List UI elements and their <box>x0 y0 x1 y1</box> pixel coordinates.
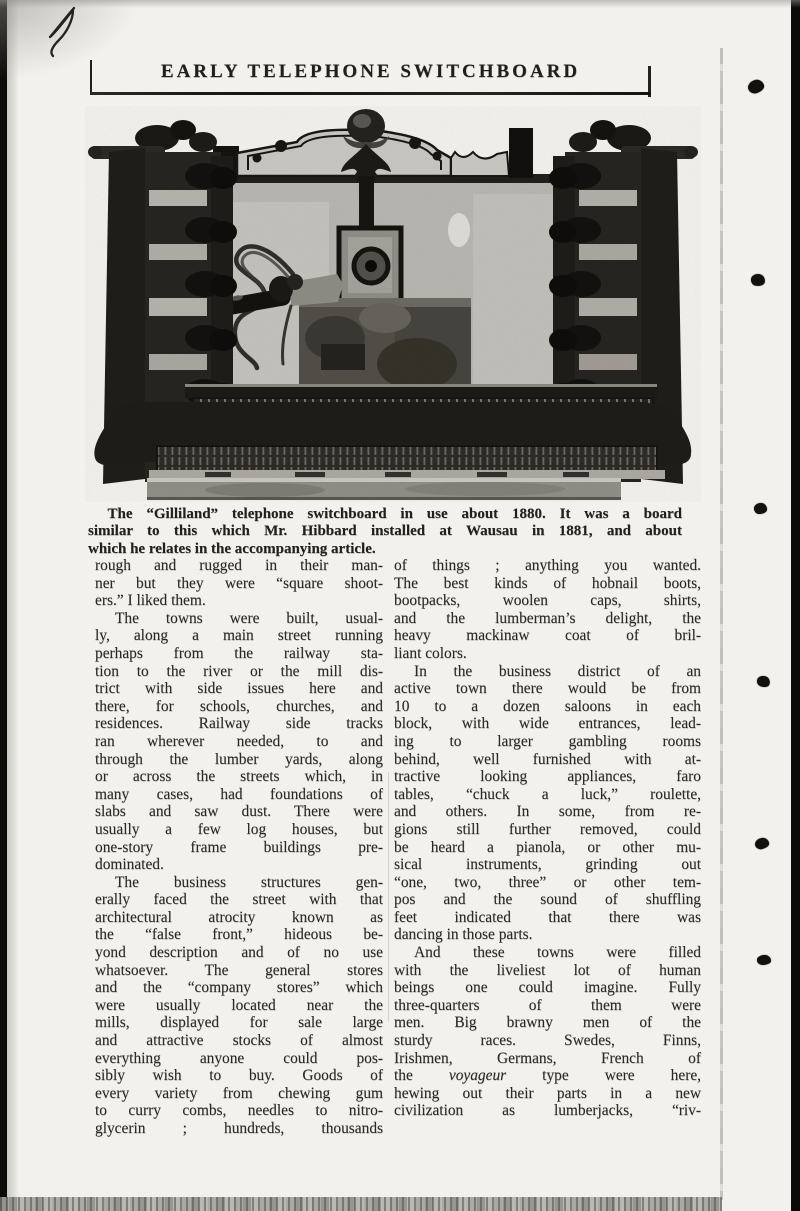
scan-shadow-left <box>7 0 19 1211</box>
text-line: and attractive stocks of almost <box>95 1032 383 1050</box>
text-line: every variety from chewing gum <box>95 1085 383 1103</box>
text-line: perhaps from the railway sta- <box>95 645 383 663</box>
text-line: there, for schools, churches, and <box>95 698 383 716</box>
text-line: pos and the sound of shuffling <box>394 891 701 909</box>
text-line: the voyageur type were here, <box>394 1067 701 1085</box>
scan-edge-right <box>791 0 800 1211</box>
scanned-page: { "page": { "kind": "scanned book page",… <box>0 0 800 1211</box>
text-line: tion to the river or the mill dis- <box>95 663 383 681</box>
text-column-right: of things ; anything you wanted.The best… <box>394 557 701 1138</box>
text-line: heavy mackinaw coat of bril- <box>394 627 701 645</box>
text-line: yond description and of no use <box>95 944 383 962</box>
text-line: behind, well furnished with at- <box>394 751 701 769</box>
masthead-rule <box>90 92 651 95</box>
ink-spot <box>756 674 772 689</box>
text-line: Irishmen, Germans, French of <box>394 1050 701 1068</box>
text-line: erally faced the street with that <box>95 891 383 909</box>
text-line: mills, displayed for sale large <box>95 1014 383 1032</box>
text-line: whatsoever. The general stores <box>95 962 383 980</box>
text-line: civilization as lumberjacks, “riv- <box>394 1102 701 1120</box>
text-line: “one, two, three” or other tem- <box>394 874 701 892</box>
text-line: through the lumber yards, along <box>95 751 383 769</box>
text-line: dancing in those parts. <box>394 926 701 944</box>
text-line: ran wherever needed, to and <box>95 733 383 751</box>
column-divider <box>388 772 389 1022</box>
scan-edge-left <box>0 0 7 1211</box>
text-line: one-story frame buildings pre- <box>95 839 383 857</box>
text-line: trict with side issues here and <box>95 680 383 698</box>
text-line: slabs and saw dust. There were <box>95 803 383 821</box>
text-line: three-quarters of them were <box>394 997 701 1015</box>
masthead: EARLY TELEPHONE SWITCHBOARD <box>90 58 651 98</box>
text-line: tables, “chuck a luck,” roulette, <box>394 786 701 804</box>
text-line: men. Big brawny men of the <box>394 1014 701 1032</box>
text-line: beings one could imagine. Fully <box>394 979 701 997</box>
text-line: 10 to a dozen saloons in each <box>394 698 701 716</box>
text-line: block, with wide entrances, lead- <box>394 715 701 733</box>
text-line: architectural atrocity known as <box>95 909 383 927</box>
ink-spot <box>754 837 770 850</box>
photo-caption: The “Gilliland” telephone switchboard in… <box>88 506 682 558</box>
text-line: feet indicated that there was <box>394 909 701 927</box>
text-line: gions still further removed, could <box>394 821 701 839</box>
text-line: everything anyone could pos- <box>95 1050 383 1068</box>
text-line: be heard a pianola, or other mu- <box>394 839 701 857</box>
handwritten-mark <box>36 2 82 60</box>
text-line: of things ; anything you wanted. <box>394 557 701 575</box>
text-line: sibly wish to buy. Goods of <box>95 1067 383 1085</box>
text-line: residences. Railway side tracks <box>95 715 383 733</box>
text-line: glycerin ; hundreds, thousands <box>95 1120 383 1138</box>
text-line: dominated. <box>95 856 383 874</box>
ink-spot <box>750 273 766 287</box>
ink-spot <box>754 503 767 514</box>
ink-spot <box>757 955 771 965</box>
text-line: with the liveliest lot of human <box>394 962 701 980</box>
text-line: And these towns were filled <box>394 944 701 962</box>
text-line: ers.” I liked them. <box>95 592 383 610</box>
text-line: bootpacks, woolen caps, shirts, <box>394 592 701 610</box>
text-line: The business structures gen- <box>95 874 383 892</box>
text-line: similar to this which Mr. Hibbard instal… <box>88 523 682 540</box>
text-line: sical instruments, grinding out <box>394 856 701 874</box>
text-line: usually a few log houses, but <box>95 821 383 839</box>
text-line: sturdy races. Swedes, Finns, <box>394 1032 701 1050</box>
text-line: many cases, had foundations of <box>95 786 383 804</box>
scan-edge-bottom <box>0 1197 722 1211</box>
text-line: The towns were built, usual- <box>95 610 383 628</box>
text-column-left: rough and rugged in their man-ner but th… <box>95 557 383 1138</box>
switchboard-photo <box>85 106 701 502</box>
text-line: tractive looking appliances, faro <box>394 768 701 786</box>
text-line: were usually located near the <box>95 997 383 1015</box>
text-line: The “Gilliland” telephone switchboard in… <box>88 506 682 523</box>
text-line: to curry combs, needles to nitro- <box>95 1102 383 1120</box>
text-line: or across the streets which, in <box>95 768 383 786</box>
text-line: the “false front,” hideous be- <box>95 926 383 944</box>
text-line: and others. In some, from re- <box>394 803 701 821</box>
page-title: EARLY TELEPHONE SWITCHBOARD <box>90 61 651 83</box>
text-line: rough and rugged in their man- <box>95 557 383 575</box>
text-line: hewing out their parts in a new <box>394 1085 701 1103</box>
text-line: ing to larger gambling rooms <box>394 733 701 751</box>
text-line: The best kinds of hobnail boots, <box>394 575 701 593</box>
text-line: and the “company stores” which <box>95 979 383 997</box>
text-line: which he relates in the accompanying art… <box>88 541 682 558</box>
ink-spot <box>747 78 766 95</box>
text-line: liant colors. <box>394 645 701 663</box>
text-line: and the lumberman’s delight, the <box>394 610 701 628</box>
text-line: In the business district of an <box>394 663 701 681</box>
text-line: ly, along a main street running <box>95 627 383 645</box>
text-line: active town there would be from <box>394 680 701 698</box>
text-line: ner but they were “square shoot- <box>95 575 383 593</box>
page-fold-line <box>720 48 723 1200</box>
article-body: rough and rugged in their man-ner but th… <box>95 557 701 1138</box>
